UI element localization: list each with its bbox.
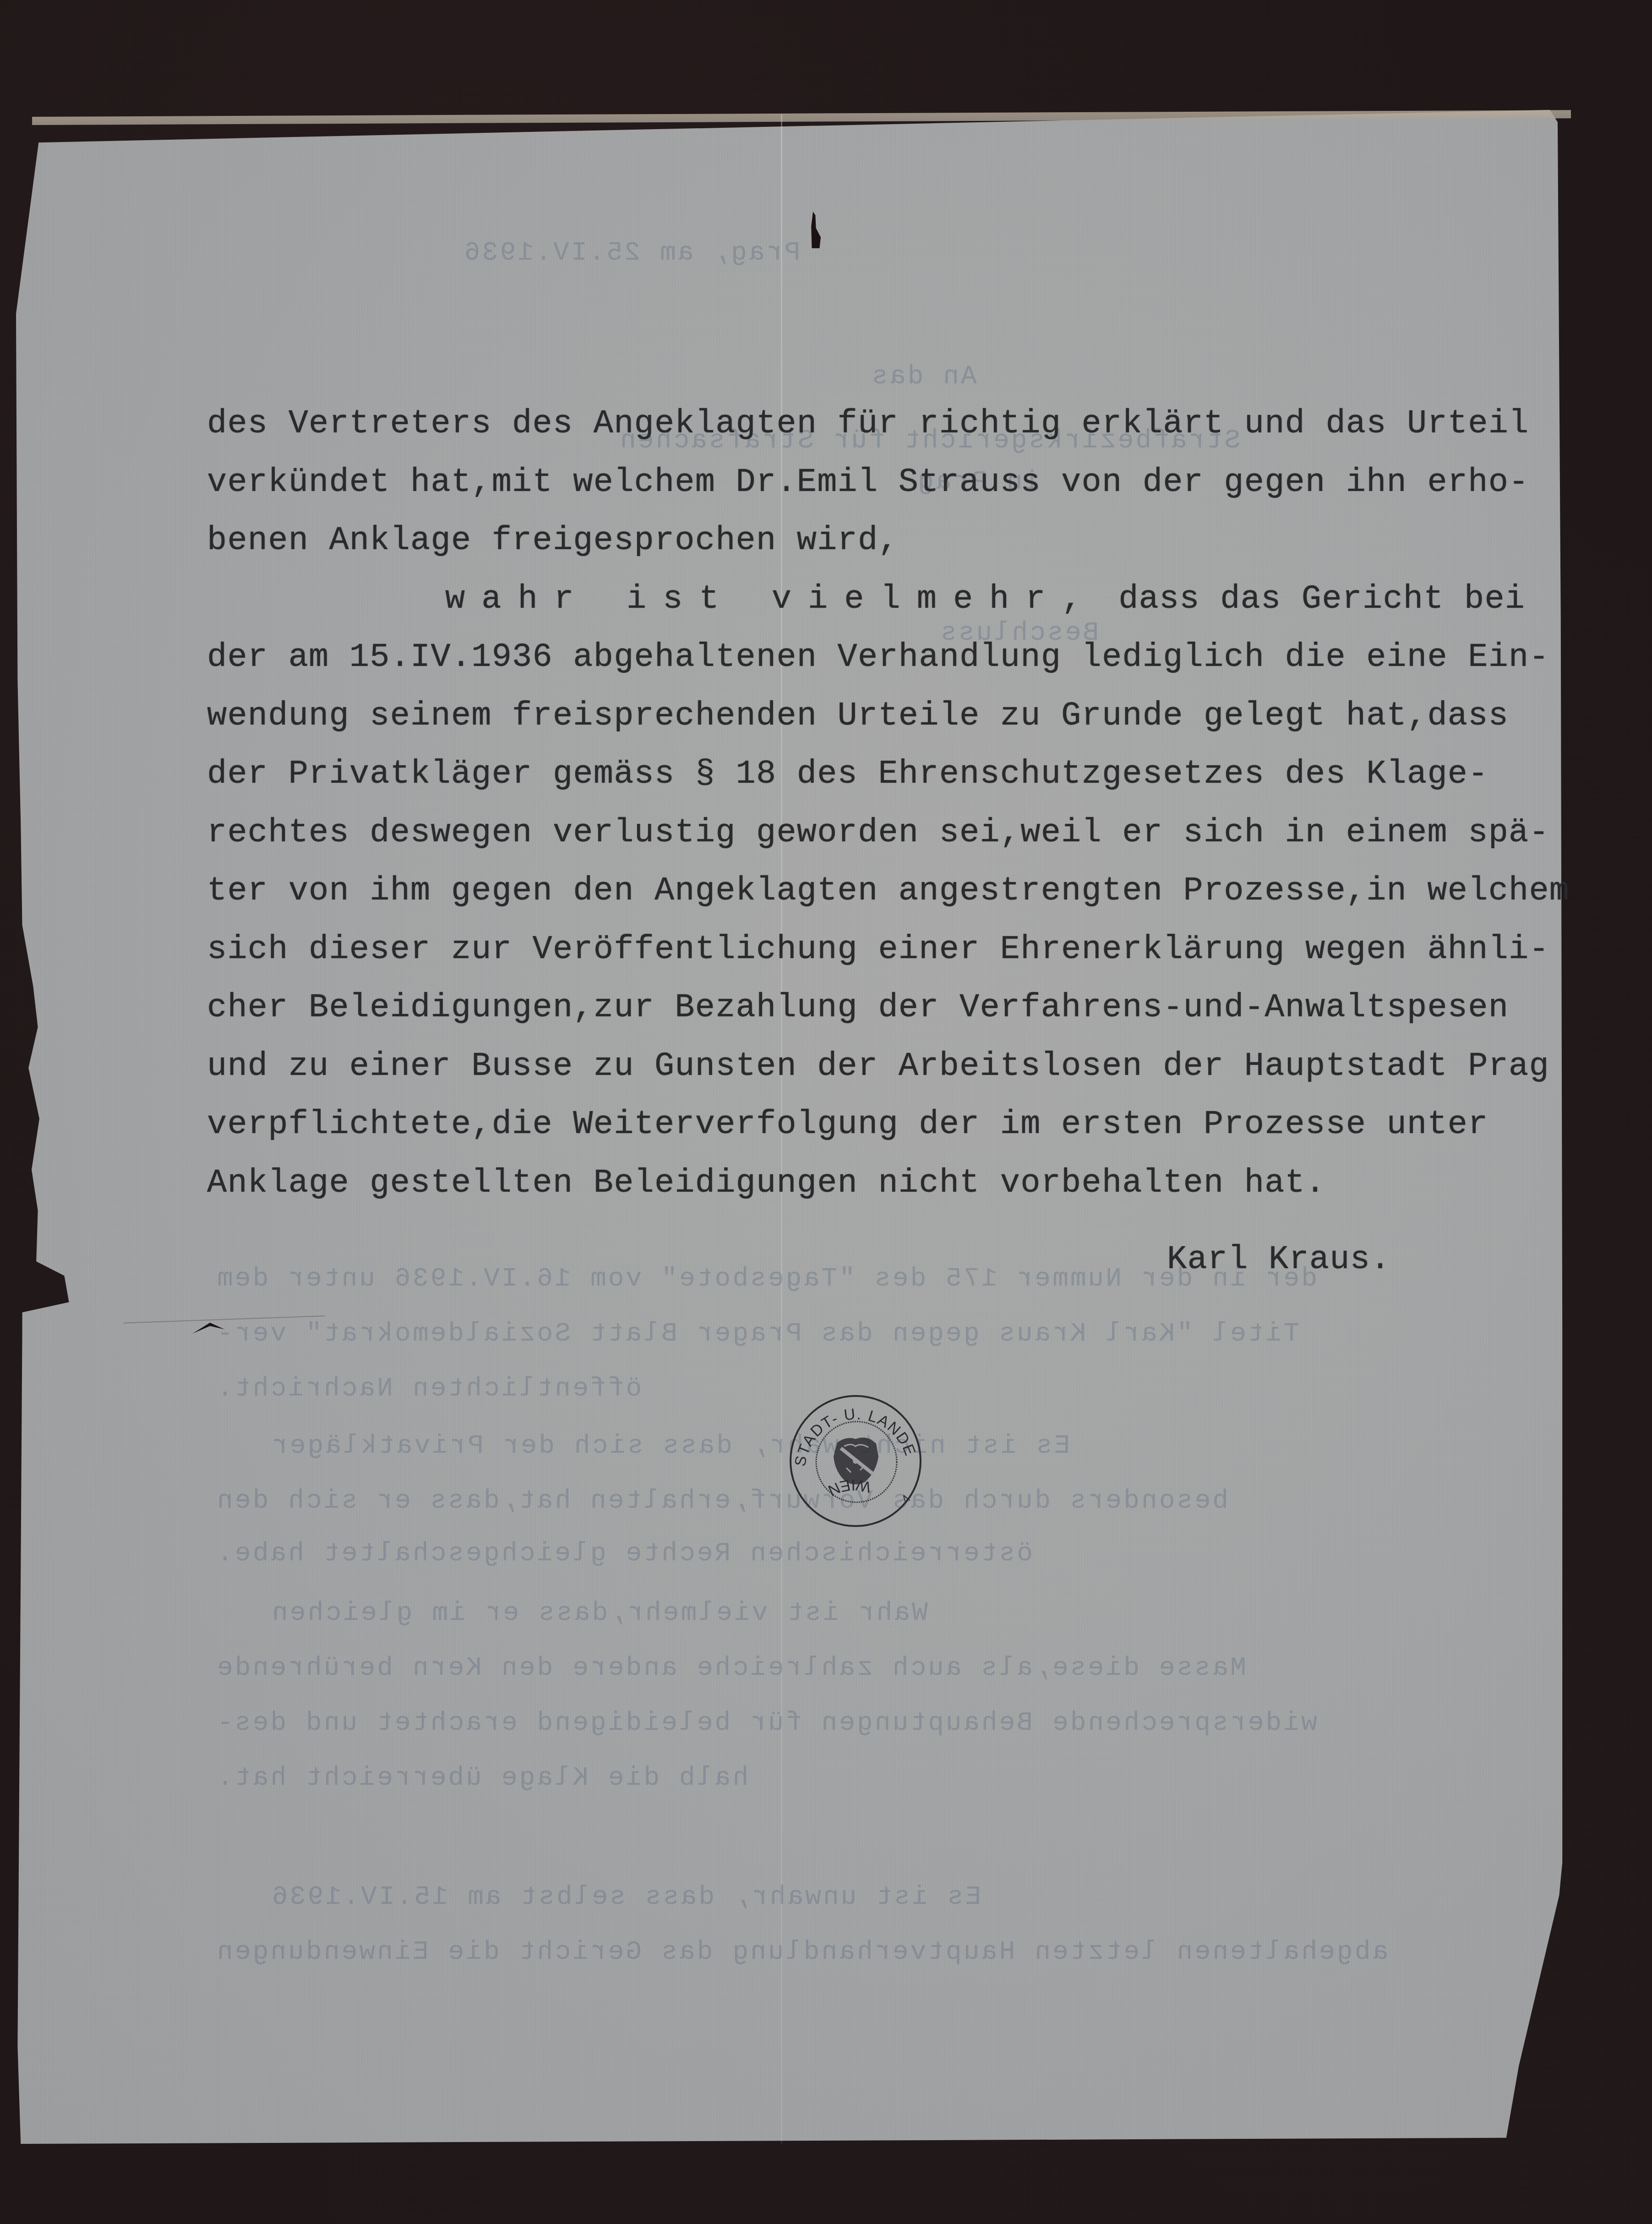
document-body: des Vertreters des Angeklagten für richt… (207, 403, 1604, 1221)
body-line: Anklage gestellten Beleidigungen nicht v… (207, 1162, 1604, 1221)
body-line: cher Beleidigungen,zur Bezahlung der Ver… (207, 987, 1604, 1046)
stamp-seal-icon: STADT- U. LANDESBIBL. WIEN 4 (787, 1392, 924, 1530)
body-line: des Vertreters des Angeklagten für richt… (207, 403, 1604, 462)
body-line: der am 15.IV.1936 abgehaltenen Verhandlu… (207, 637, 1604, 695)
signature: Karl Kraus. (1167, 1239, 1390, 1280)
body-line: verpflichtete,die Weiterverfolgung der i… (207, 1104, 1604, 1162)
spaced-emphasis: wahr ist vielmehr, (445, 580, 1098, 618)
body-line: ter von ihm gegen den Angeklagten angest… (207, 870, 1604, 929)
coat-of-arms-icon (834, 1438, 878, 1484)
body-line: und zu einer Busse zu Gunsten der Arbeit… (207, 1046, 1604, 1104)
library-stamp: STADT- U. LANDESBIBL. WIEN 4 (787, 1392, 924, 1530)
body-line: sich dieser zur Veröffentlichung einer E… (207, 929, 1604, 987)
body-line: rechtes deswegen verlustig geworden sei,… (207, 812, 1604, 871)
body-line: der Privatkläger gemäss § 18 des Ehrensc… (207, 753, 1604, 812)
body-line-spaced-emphasis: wahr ist vielmehr, dass das Gericht bei (207, 578, 1604, 637)
body-line: benen Anklage freigesprochen wird, (207, 520, 1604, 578)
spaced-line-tail: dass das Gericht bei (1098, 580, 1526, 618)
body-line: wendung seinem freisprechenden Urteile z… (207, 695, 1604, 754)
body-line: verkündet hat,mit welchem Dr.Emil Straus… (207, 462, 1604, 520)
